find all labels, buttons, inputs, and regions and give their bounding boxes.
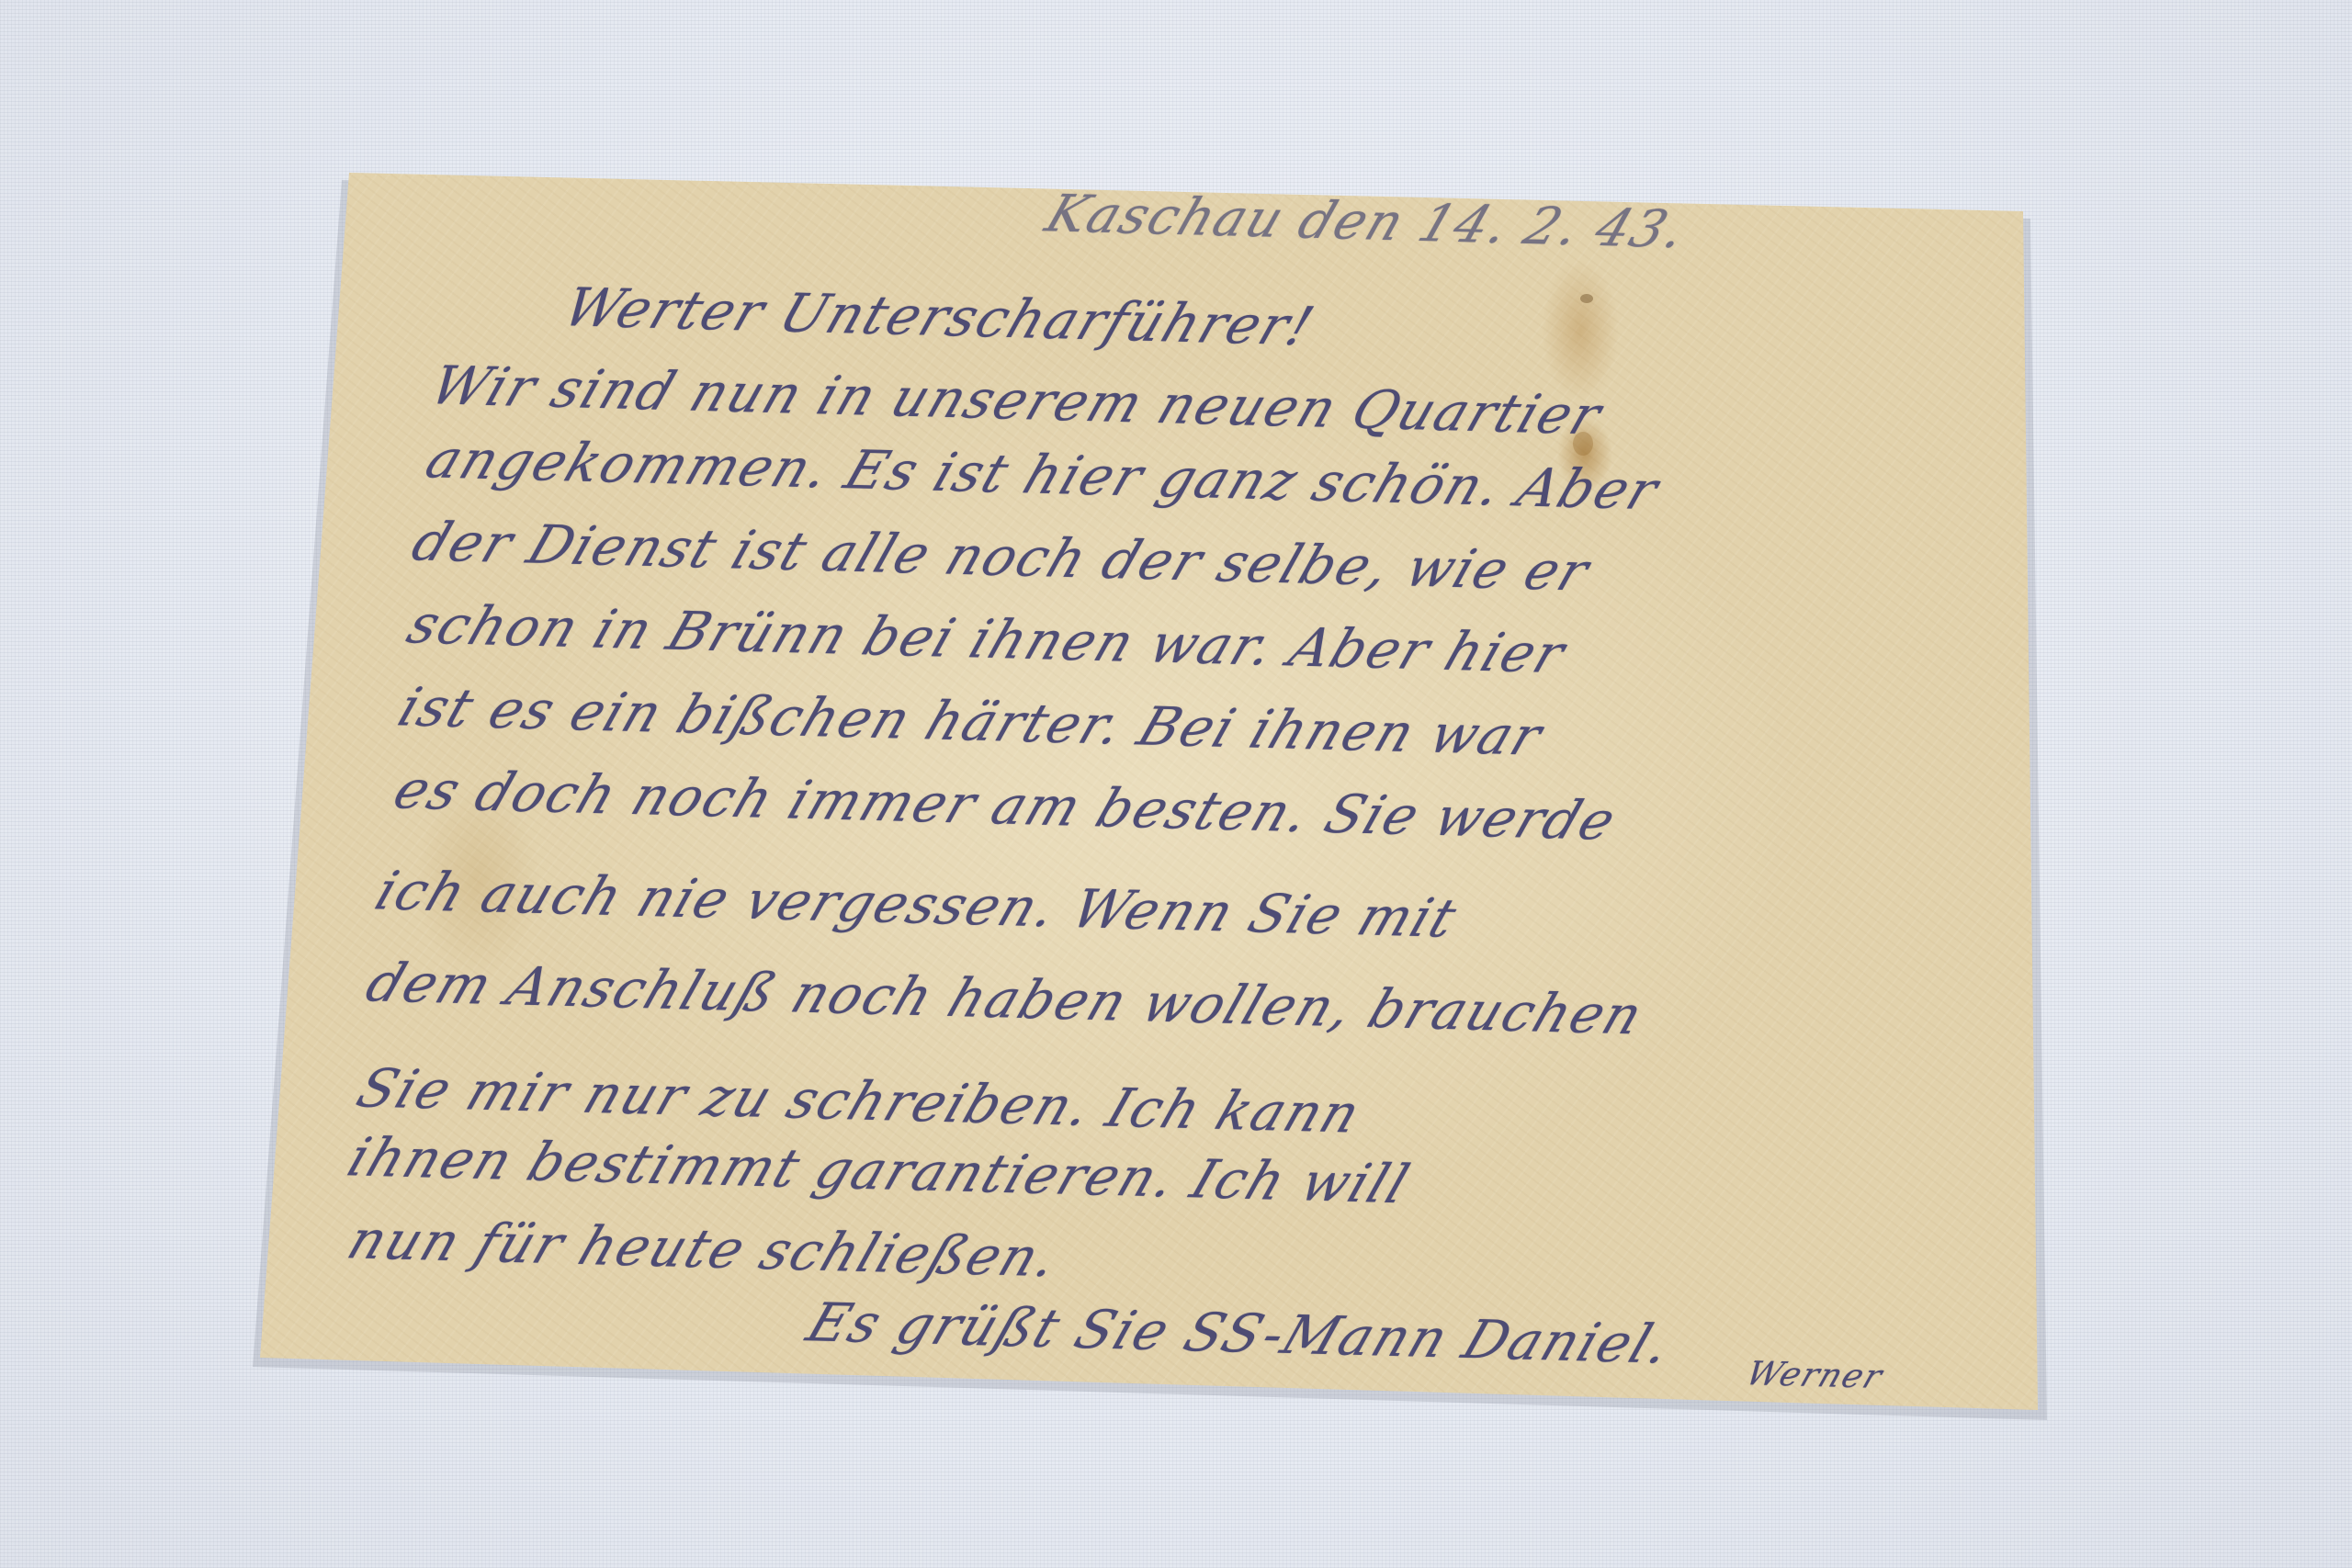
postcard-signature-sub: Werner: [1741, 1355, 1889, 1395]
stain-spot: [1580, 294, 1593, 303]
